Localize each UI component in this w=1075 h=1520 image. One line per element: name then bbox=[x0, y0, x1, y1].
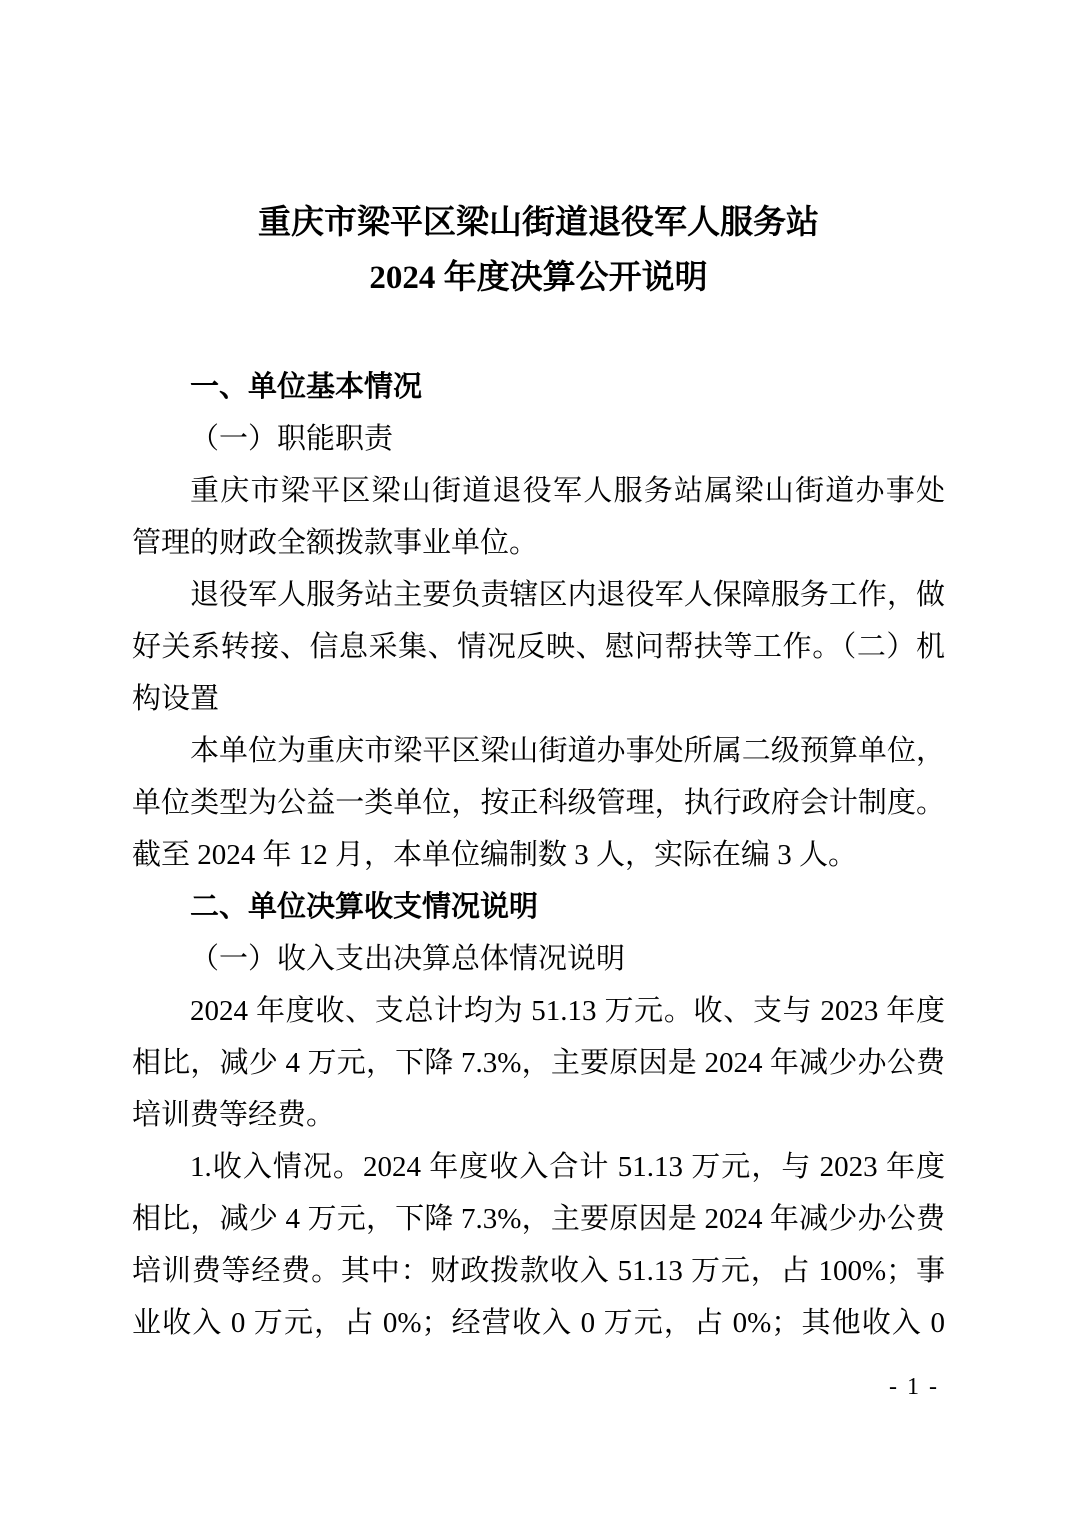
body-line-15: 培训费等经费。 bbox=[132, 1089, 945, 1141]
document-body: 一、单位基本情况（一）职能职责重庆市梁平区梁山街道退役军人服务站属梁山街道办事处… bbox=[132, 361, 945, 1349]
body-line-9: 单位类型为公益一类单位，按正科级管理，执行政府会计制度。 bbox=[132, 777, 945, 829]
body-line-8: 本单位为重庆市梁平区梁山街道办事处所属二级预算单位， bbox=[132, 725, 945, 777]
body-line-13: 2024 年度收、支总计均为 51.13 万元。收、支与 2023 年度 bbox=[132, 985, 945, 1037]
body-line-4: 管理的财政全额拨款事业单位。 bbox=[132, 517, 945, 569]
body-line-19: 业收入 0 万元，占 0%；经营收入 0 万元，占 0%；其他收入 0 bbox=[132, 1297, 945, 1349]
body-line-17: 相比，减少 4 万元，下降 7.3%，主要原因是 2024 年减少办公费 bbox=[132, 1193, 945, 1245]
body-line-1: 一、单位基本情况 bbox=[132, 361, 945, 413]
page-number: - 1 - bbox=[889, 1372, 939, 1402]
body-line-16: 1.收入情况。2024 年度收入合计 51.13 万元，与 2023 年度 bbox=[132, 1141, 945, 1193]
body-line-3: 重庆市梁平区梁山街道退役军人服务站属梁山街道办事处 bbox=[132, 465, 945, 517]
body-line-5: 退役军人服务站主要负责辖区内退役军人保障服务工作，做 bbox=[132, 569, 945, 621]
document-title-line2: 2024 年度决算公开说明 bbox=[132, 251, 945, 306]
body-line-2: （一）职能职责 bbox=[132, 413, 945, 465]
body-line-6: 好关系转接、信息采集、情况反映、慰问帮扶等工作。（二）机 bbox=[132, 621, 945, 673]
body-line-18: 培训费等经费。其中：财政拨款收入 51.13 万元，占 100%；事 bbox=[132, 1245, 945, 1297]
document-title: 重庆市梁平区梁山街道退役军人服务站 2024 年度决算公开说明 bbox=[132, 196, 945, 306]
body-line-7: 构设置 bbox=[132, 673, 945, 725]
body-line-11: 二、单位决算收支情况说明 bbox=[132, 881, 945, 933]
body-line-10: 截至 2024 年 12 月，本单位编制数 3 人，实际在编 3 人。 bbox=[132, 829, 945, 881]
document-title-line1: 重庆市梁平区梁山街道退役军人服务站 bbox=[132, 196, 945, 251]
document-page: 重庆市梁平区梁山街道退役军人服务站 2024 年度决算公开说明 一、单位基本情况… bbox=[0, 0, 1075, 1520]
body-line-14: 相比，减少 4 万元，下降 7.3%，主要原因是 2024 年减少办公费 bbox=[132, 1037, 945, 1089]
body-line-12: （一）收入支出决算总体情况说明 bbox=[132, 933, 945, 985]
